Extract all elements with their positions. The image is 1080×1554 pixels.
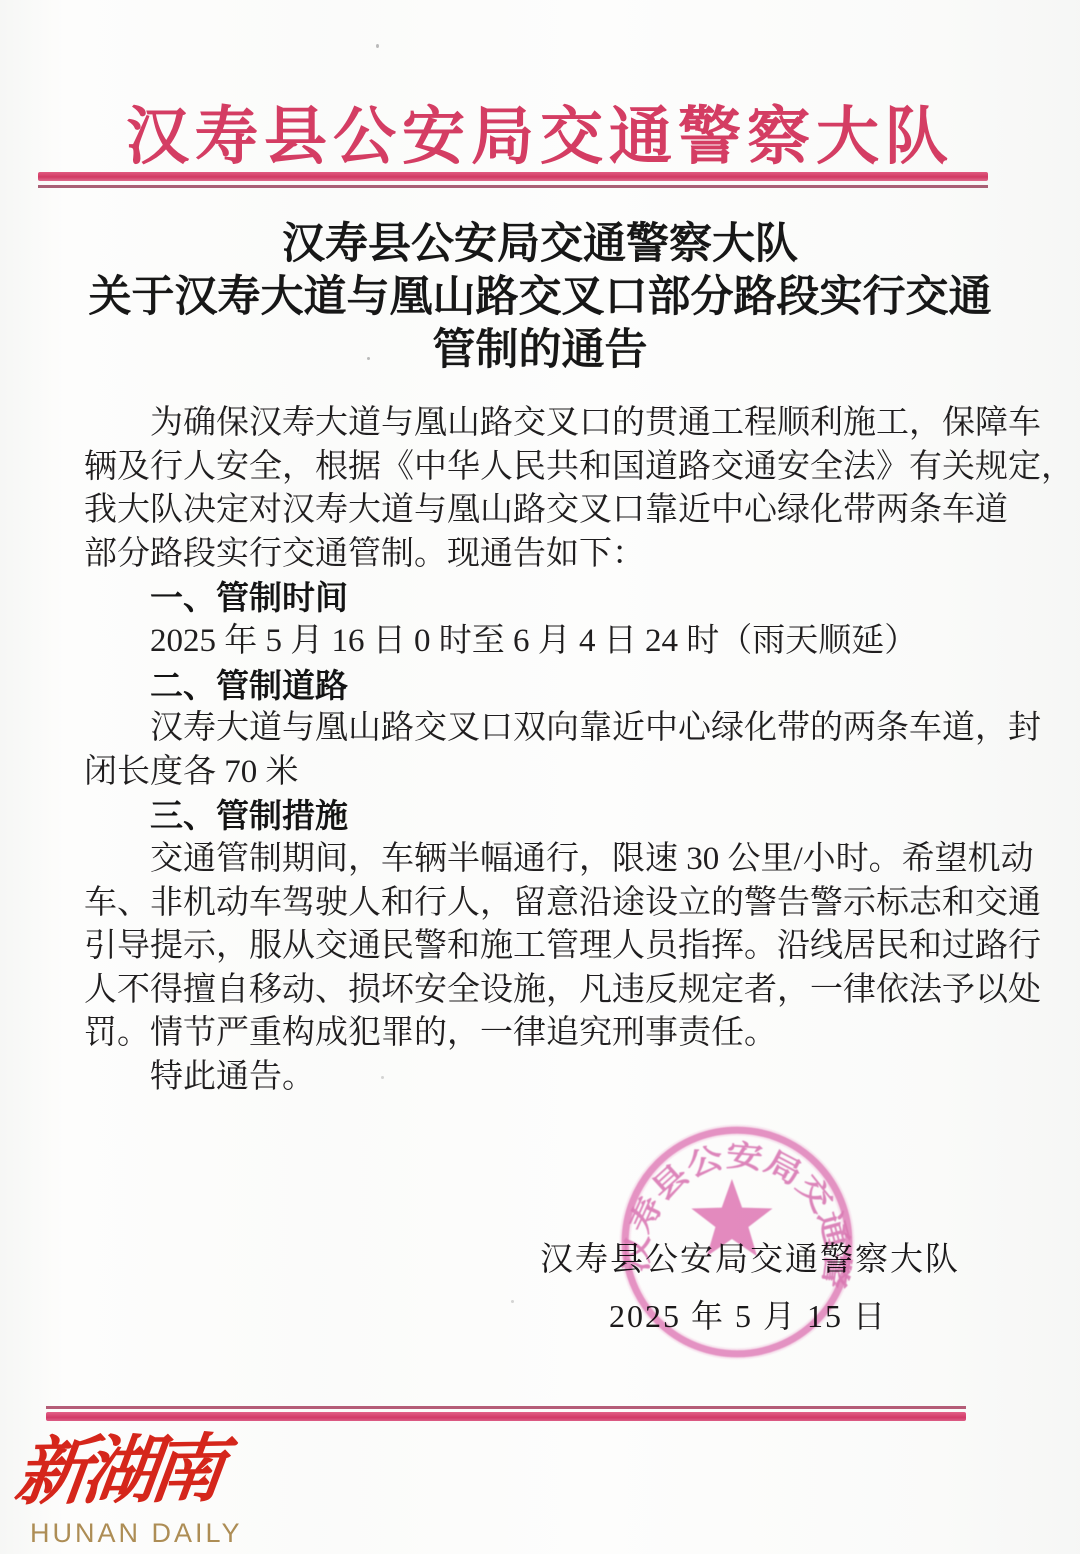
notice-title-line-3: 管制的通告 [0,324,1080,377]
body-line: 辆及行人安全，根据《中华人民共和国道路交通安全法》有关规定， [84,446,959,490]
official-seal-stamp: 汉寿县公安局交通警察大队 [615,1120,859,1364]
notice-title-line-1: 汉寿县公安局交通警察大队 [0,218,1080,271]
scan-speck [376,44,379,48]
footer-rule-thick [46,1412,966,1421]
letterhead-agency-title: 汉寿县公安局交通警察大队 [0,86,1080,177]
section-3-text: 人不得擅自移动、损坏安全设施，凡违反规定者，一律依法予以处 [84,969,959,1013]
hunan-daily-logo-en: HUNAN DAILY [30,1518,243,1549]
section-3-text: 罚。情节严重构成犯罪的，一律追究刑事责任。 [84,1012,959,1056]
section-2-text: 汉寿大道与凰山路交叉口双向靠近中心绿化带的两条车道，封 [84,707,959,751]
hunan-daily-logo-cn: 新湖南 [10,1422,223,1521]
closing-line: 特此通告。 [84,1056,959,1100]
scanned-notice-page: 汉寿县公安局交通警察大队 汉寿县公安局交通警察大队 关于汉寿大道与凰山路交叉口部… [0,0,1080,1554]
section-3-heading: 三、管制措施 [84,794,959,838]
scan-speck [367,357,370,360]
scan-speck [511,1300,514,1303]
body-line: 为确保汉寿大道与凰山路交叉口的贯通工程顺利施工，保障车 [84,402,959,446]
section-1-heading: 一、管制时间 [84,576,959,620]
section-3-text: 引导提示，服从交通民警和施工管理人员指挥。沿线居民和过路行 [84,925,959,969]
footer-rule-thin [46,1406,966,1409]
notice-title: 汉寿县公安局交通警察大队 关于汉寿大道与凰山路交叉口部分路段实行交通 管制的通告 [0,218,1080,377]
body-line: 部分路段实行交通管制。现通告如下： [84,533,959,577]
notice-body: 为确保汉寿大道与凰山路交叉口的贯通工程顺利施工，保障车 辆及行人安全，根据《中华… [84,402,959,1100]
section-1-text: 2025 年 5 月 16 日 0 时至 6 月 4 日 24 时（雨天顺延） [84,620,959,664]
section-3-text: 车、非机动车驾驶人和行人，留意沿途设立的警告警示标志和交通 [84,882,959,926]
letterhead-rule-thick [38,172,988,181]
section-2-heading: 二、管制道路 [84,664,959,708]
seal-star-icon [691,1179,772,1256]
body-line: 我大队决定对汉寿大道与凰山路交叉口靠近中心绿化带两条车道 [84,489,959,533]
scan-speck [381,1076,384,1079]
section-2-text: 闭长度各 70 米 [84,751,959,795]
section-3-text: 交通管制期间，车辆半幅通行，限速 30 公里/小时。希望机动 [84,838,959,882]
letterhead-rule-thin [38,185,988,188]
notice-title-line-2: 关于汉寿大道与凰山路交叉口部分路段实行交通 [0,271,1080,324]
